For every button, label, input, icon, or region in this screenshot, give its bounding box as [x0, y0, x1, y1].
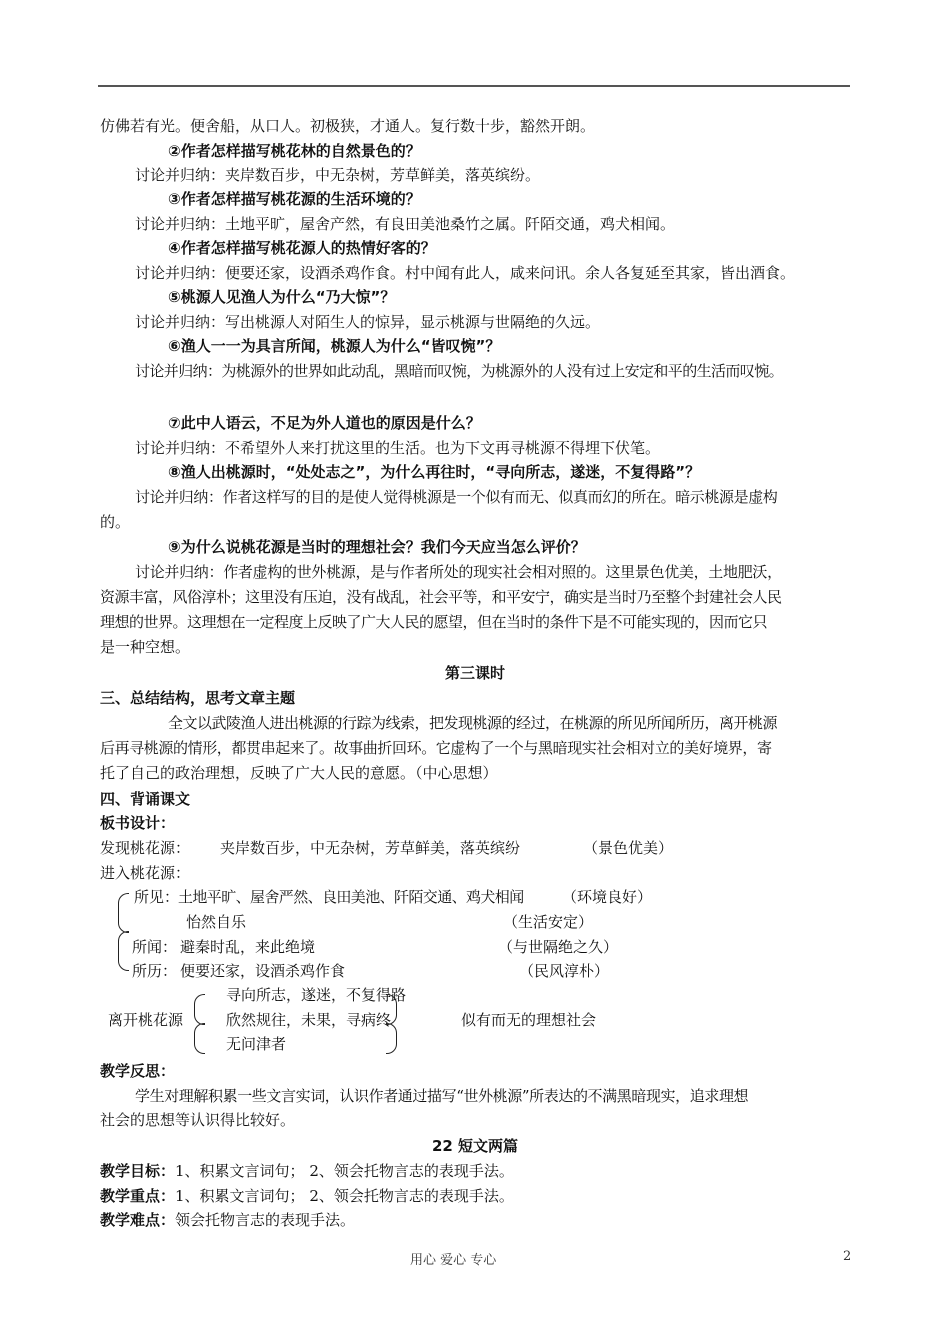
paragraph-continuation: 仿佛若有光。便舍船，从口人。初极狭，才通人。复行数十步，豁然开朗。 — [100, 115, 595, 137]
board-discover-text: 夹岸数百步，中无杂树，芳草鲜美，落英缤纷 — [220, 837, 520, 859]
board-discover-label: 发现桃花源： — [100, 837, 190, 859]
board-heard-note: （与世隔绝之久） — [498, 936, 618, 958]
brace-leave-right-top — [386, 994, 397, 1025]
reflection-line1: 学生对理解积累一些文言实词，认识作者通过描写“世外桃源”所表达的不满黑暗现实，追… — [135, 1085, 748, 1107]
board-seen-text: 土地平旷、屋舍严然、良田美池、阡陌交通、鸡犬相闻 — [178, 886, 524, 908]
header-rule — [98, 85, 850, 87]
board-enter-label: 进入桃花源： — [100, 862, 190, 884]
lesson-3-heading: 第三课时 — [0, 662, 950, 684]
brace-leave-left-top — [194, 994, 205, 1025]
answer-4: 讨论并归纳：便要还家，设酒杀鸡作食。村中闻有此人，咸来问讯。余人各复延至其家，皆… — [135, 262, 795, 284]
board-seen2-note: （生活安定） — [503, 911, 593, 933]
answer-9-line1: 讨论并归纳：作者虚构的世外桃源，是与作者所处的现实社会相对照的。这里景色优美，土… — [135, 561, 782, 583]
difficulties-row: 教学难点：领会托物言志的表现手法。 — [100, 1209, 355, 1231]
footer-motto: 用心 爱心 专心 — [410, 1249, 496, 1268]
question-6: ⑥渔人一一为具言所闻，桃源人为什么“皆叹惋”？ — [168, 335, 500, 357]
answer-6: 讨论并归纳：为桃源外的世界如此动乱，黑暗而叹惋，为桃源外的人没有过上安定和平的生… — [135, 360, 783, 382]
brace-left-top — [118, 893, 129, 933]
reflection-label: 教学反思： — [100, 1060, 175, 1082]
board-seen2-text: 怡然自乐 — [186, 911, 246, 933]
board-discover-note: （景色优美） — [583, 837, 673, 859]
answer-5: 讨论并归纳：写出桃源人对陌生人的惊异，显示桃源与世隔绝的久远。 — [135, 311, 600, 333]
answer-9-line3: 理想的世界。这理想在一定程度上反映了广大人民的愿望，但在当时的条件下是不可能实现… — [100, 611, 767, 633]
section-3-line1: 全文以武陵渔人进出桃源的行踪为线索，把发现桃源的经过，在桃源的所见所闻所历，离开… — [168, 712, 777, 734]
section-4-heading: 四、背诵课文 — [100, 788, 190, 810]
difficulties-text: 领会托物言志的表现手法。 — [175, 1211, 355, 1229]
key-points-row: 教学重点：1、积累文言词句； 2、领会托物言志的表现手法。 — [100, 1185, 514, 1207]
key-points-label: 教学重点： — [100, 1187, 175, 1205]
board-leave-item-3: 无问津者 — [226, 1033, 286, 1055]
board-experienced-note: （民风淳朴） — [519, 960, 609, 982]
board-seen-label: 所见： — [134, 886, 179, 908]
question-5: ⑤桃源人见渔人为什么“乃大惊”？ — [168, 286, 395, 308]
answer-9-line2: 资源丰富，风俗淳朴；这里没有压迫，没有战乱，社会平等，和平安宁，确实是当时乃至整… — [100, 586, 782, 608]
question-8: ⑧渔人出桃源时，“处处志之”，为什么再往时，“寻向所志，遂迷，不复得路”？ — [168, 461, 700, 483]
section-3-line2: 后再寻桃源的情形，都贯串起来了。故事曲折回环。它虚构了一个与黑暗现实社会相对立的… — [100, 737, 772, 759]
section-3-line3: 托了自己的政治理想，反映了广大人民的意愿。（中心思想） — [100, 762, 498, 784]
answer-9-line4: 是一种空想。 — [100, 636, 190, 658]
brace-leave-right-bottom — [386, 1023, 397, 1054]
answer-3: 讨论并归纳：土地平旷，屋舍产然，有良田美池桑竹之属。阡陌交通，鸡犬相闻。 — [135, 213, 675, 235]
brace-left-bottom — [118, 931, 129, 971]
board-seen-note: （环境良好） — [562, 886, 652, 908]
board-leave-conclusion: 似有而无的理想社会 — [461, 1009, 596, 1031]
reflection-line2: 社会的思想等认识得比较好。 — [100, 1109, 295, 1131]
question-2: ②作者怎样描写桃花林的自然景色的？ — [168, 140, 421, 162]
answer-8-line1: 讨论并归纳：作者这样写的目的是使人觉得桃源是一个似有而无、似真而幻的所在。暗示桃… — [135, 486, 777, 508]
board-leave-label: 离开桃花源 — [108, 1009, 183, 1031]
page-number: 2 — [843, 1249, 851, 1264]
answer-2: 讨论并归纳：夹岸数百步，中无杂树，芳草鲜美，落英缤纷。 — [135, 164, 540, 186]
board-experienced-label: 所历： — [132, 960, 177, 982]
board-design-label: 板书设计： — [100, 812, 175, 834]
brace-leave-left-bottom — [194, 1023, 205, 1054]
section-3-heading: 三、总结结构，思考文章主题 — [100, 687, 295, 709]
key-points-text: 1、积累文言词句； 2、领会托物言志的表现手法。 — [175, 1187, 514, 1205]
question-9: ⑨为什么说桃花源是当时的理想社会？我们今天应当怎么评价？ — [168, 536, 586, 558]
board-experienced-text: 便要还家，设酒杀鸡作食 — [180, 960, 345, 982]
goals-label: 教学目标： — [100, 1162, 175, 1180]
question-3: ③作者怎样描写桃花源的生活环境的？ — [168, 188, 421, 210]
answer-7: 讨论并归纳：不希望外人来打扰这里的生活。也为下文再寻桃源不得埋下伏笔。 — [135, 437, 660, 459]
question-7: ⑦此中人语云，不足为外人道也的原因是什么？ — [168, 412, 481, 434]
board-leave-item-1: 寻向所志，遂迷，不复得路 — [226, 984, 406, 1006]
board-heard-text: 避秦时乱，来此绝境 — [180, 936, 315, 958]
question-4: ④作者怎样描写桃花源人的热情好客的？ — [168, 237, 436, 259]
difficulties-label: 教学难点： — [100, 1211, 175, 1229]
next-lesson-title: 22 短文两篇 — [0, 1135, 950, 1157]
document-page: 仿佛若有光。便舍船，从口人。初极狭，才通人。复行数十步，豁然开朗。 ②作者怎样描… — [0, 0, 950, 1344]
board-heard-label: 所闻： — [132, 936, 177, 958]
goals-text: 1、积累文言词句； 2、领会托物言志的表现手法。 — [175, 1162, 514, 1180]
board-leave-item-2: 欣然规往，未果，寻病终 — [226, 1009, 391, 1031]
goals-row: 教学目标：1、积累文言词句； 2、领会托物言志的表现手法。 — [100, 1160, 514, 1182]
answer-8-line2: 的。 — [100, 511, 130, 533]
